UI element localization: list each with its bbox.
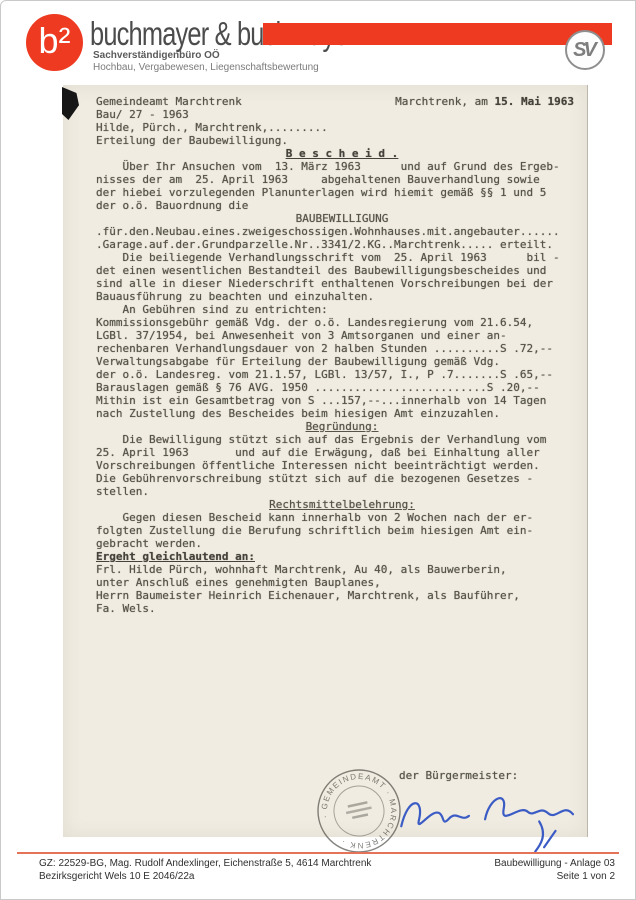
permit-line-1: .für.den.Neubau.eines.zweigeschossigen.W…	[96, 225, 588, 238]
document-title: B e s c h e i d .	[96, 147, 588, 160]
footer-left: GZ: 22529-BG, Mag. Rudolf Andexlinger, E…	[39, 857, 371, 883]
reason-heading: Begründung:	[96, 420, 588, 433]
footer-annex-label: Baubewilligung - Anlage 03	[494, 857, 615, 870]
brand-subtitle: Sachverständigenbüro OÖ	[93, 50, 220, 61]
sv-expert-emblem-icon: SV	[565, 30, 605, 70]
addressee-line: Hilde, Pürch., Marchtrenk,.........	[96, 121, 588, 134]
permit-heading: BAUBEWILLIGUNG	[96, 212, 588, 225]
copy-recipient-1: Frl. Hilde Pürch, wohnhaft Marchtrenk, A…	[96, 563, 588, 589]
attachment-paragraph: Die beiliegende Verhandlungsschrift vom …	[96, 251, 588, 303]
footer: GZ: 22529-BG, Mag. Rudolf Andexlinger, E…	[39, 857, 615, 883]
total-paragraph: Mithin ist ein Gesamtbetrag von S ...157…	[96, 394, 588, 420]
copy-recipient-2: Herrn Baumeister Heinrich Eichenauer, Ma…	[96, 589, 588, 602]
sv-emblem-text: SV	[573, 39, 594, 62]
mayor-signature-icon	[388, 773, 601, 860]
signature-block: der Bürgermeister:	[399, 769, 589, 782]
fee-item-1: Kommissionsgebühr gemäß Vdg. der o.ö. La…	[96, 316, 588, 355]
appeal-heading: Rechtsmittelbelehrung:	[96, 498, 588, 511]
permit-line-2: .Garage.auf.der.Grundparzelle.Nr..3341/2…	[96, 238, 588, 251]
brand-tagline: Hochbau, Vergabewesen, Liegenschaftsbewe…	[93, 62, 319, 73]
page: b² buchmayer & buchmayer Sachverständige…	[0, 0, 636, 900]
place-date: Marchtrenk, am 15. Mai 1963	[395, 95, 574, 108]
footer-rule	[17, 852, 619, 854]
date-value: 15. Mai 1963	[495, 95, 574, 108]
footer-right: Baubewilligung - Anlage 03 Seite 1 von 2	[494, 857, 615, 883]
b2-logo-icon: b²	[26, 14, 83, 71]
footer-page-number: Seite 1 von 2	[494, 870, 615, 883]
typed-body: Gemeindeamt MarchtrenkMarchtrenk, am 15.…	[96, 95, 588, 615]
appeal-paragraph: Gegen diesen Bescheid kann innerhalb von…	[96, 511, 588, 550]
scan-corner-artifact	[62, 87, 79, 120]
reference-row: Gemeindeamt MarchtrenkMarchtrenk, am 15.…	[96, 95, 588, 108]
fees-intro: An Gebühren sind zu entrichten:	[96, 303, 588, 316]
footer-case-reference: GZ: 22529-BG, Mag. Rudolf Andexlinger, E…	[39, 857, 371, 870]
issuing-office: Gemeindeamt Marchtrenk	[96, 95, 242, 108]
fee-item-3: Barauslagen gemäß § 76 AVG. 1950 .......…	[96, 381, 588, 394]
intro-paragraph: Über Ihr Ansuchen vom 13. März 1963 und …	[96, 160, 588, 212]
copies-heading: Ergeht gleichlautend an:	[96, 550, 588, 563]
header-red-bar	[263, 23, 612, 45]
subject-line: Erteilung der Baubewilligung.	[96, 134, 588, 147]
scanned-document: Gemeindeamt MarchtrenkMarchtrenk, am 15.…	[63, 85, 588, 837]
footer-court-reference: Bezirksgericht Wels 10 E 2046/22a	[39, 870, 371, 883]
fee-item-2: Verwaltungsabgabe für Erteilung der Baub…	[96, 355, 588, 381]
logo-text: b²	[38, 23, 70, 59]
reference-number: Bau/ 27 - 1963	[96, 108, 588, 121]
copy-recipient-3: Fa. Wels.	[96, 602, 588, 615]
reason-paragraph: Die Bewilligung stützt sich auf das Erge…	[96, 433, 588, 498]
